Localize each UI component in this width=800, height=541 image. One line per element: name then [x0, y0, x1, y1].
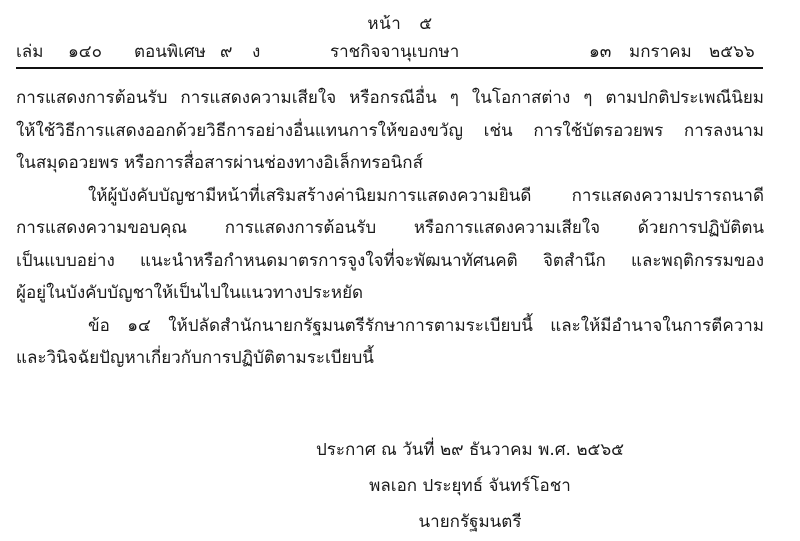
section-letter: ง [252, 38, 260, 65]
volume-label: เล่ม [16, 38, 43, 65]
paragraph-2-line-3: เป็นแบบอย่าง แนะนำหรือกำหนดมาตรการจูงใจท… [16, 245, 764, 278]
page-label: หน้า [367, 14, 401, 34]
header-divider [16, 67, 763, 69]
date-month: มกราคม [629, 38, 692, 65]
paragraph-2-line-4: ผู้อยู่ในบังคับบัญชาให้เป็นไปในแนวทางประ… [16, 277, 764, 310]
paragraph-3-line-2: และวินิจฉัยปัญหาเกี่ยวกับการปฏิบัติตามระ… [16, 342, 764, 375]
section-number: ๙ [220, 38, 232, 65]
paragraph-1-line-3: ในสมุดอวยพร หรือการสื่อสารผ่านช่องทางอิเ… [16, 147, 764, 180]
page-number-value: ๕ [419, 14, 432, 34]
publication-name: ราชกิจจานุเบกษา [330, 38, 459, 65]
section-label: ตอนพิเศษ [134, 38, 206, 65]
date-year: ๒๕๖๖ [709, 38, 755, 65]
document-body: การแสดงการต้อนรับ การแสดงความเสียใจ หรือ… [16, 82, 764, 375]
signatory-name: พลเอก ประยุทธ์ จันทร์โอชา [270, 472, 670, 499]
paragraph-2-line-1: ให้ผู้บังคับบัญชามีหน้าที่เสริมสร้างค่าน… [16, 180, 764, 213]
signatory-title: นายกรัฐมนตรี [270, 508, 670, 535]
paragraph-1-line-1: การแสดงการต้อนรับ การแสดงความเสียใจ หรือ… [16, 82, 764, 115]
paragraph-1-line-2: ให้ใช้วิธีการแสดงออกด้วยวิธีการอย่างอื่น… [16, 115, 764, 148]
paragraph-2-line-2: การแสดงความขอบคุณ การแสดงการต้อนรับ หรือ… [16, 212, 764, 245]
gazette-header: เล่ม ๑๔๐ ตอนพิเศษ ๙ ง ราชกิจจานุเบกษา ๑๓… [16, 38, 763, 64]
announcement-date: ประกาศ ณ วันที่ ๒๙ ธันวาคม พ.ศ. ๒๕๖๕ [270, 436, 670, 463]
volume-number: ๑๔๐ [68, 38, 102, 65]
date-day: ๑๓ [589, 38, 611, 65]
paragraph-3-line-1: ข้อ ๑๔ ให้ปลัดสำนักนายกรัฐมนตรีรักษาการต… [16, 310, 764, 343]
page-number: หน้า ๕ [0, 10, 800, 37]
